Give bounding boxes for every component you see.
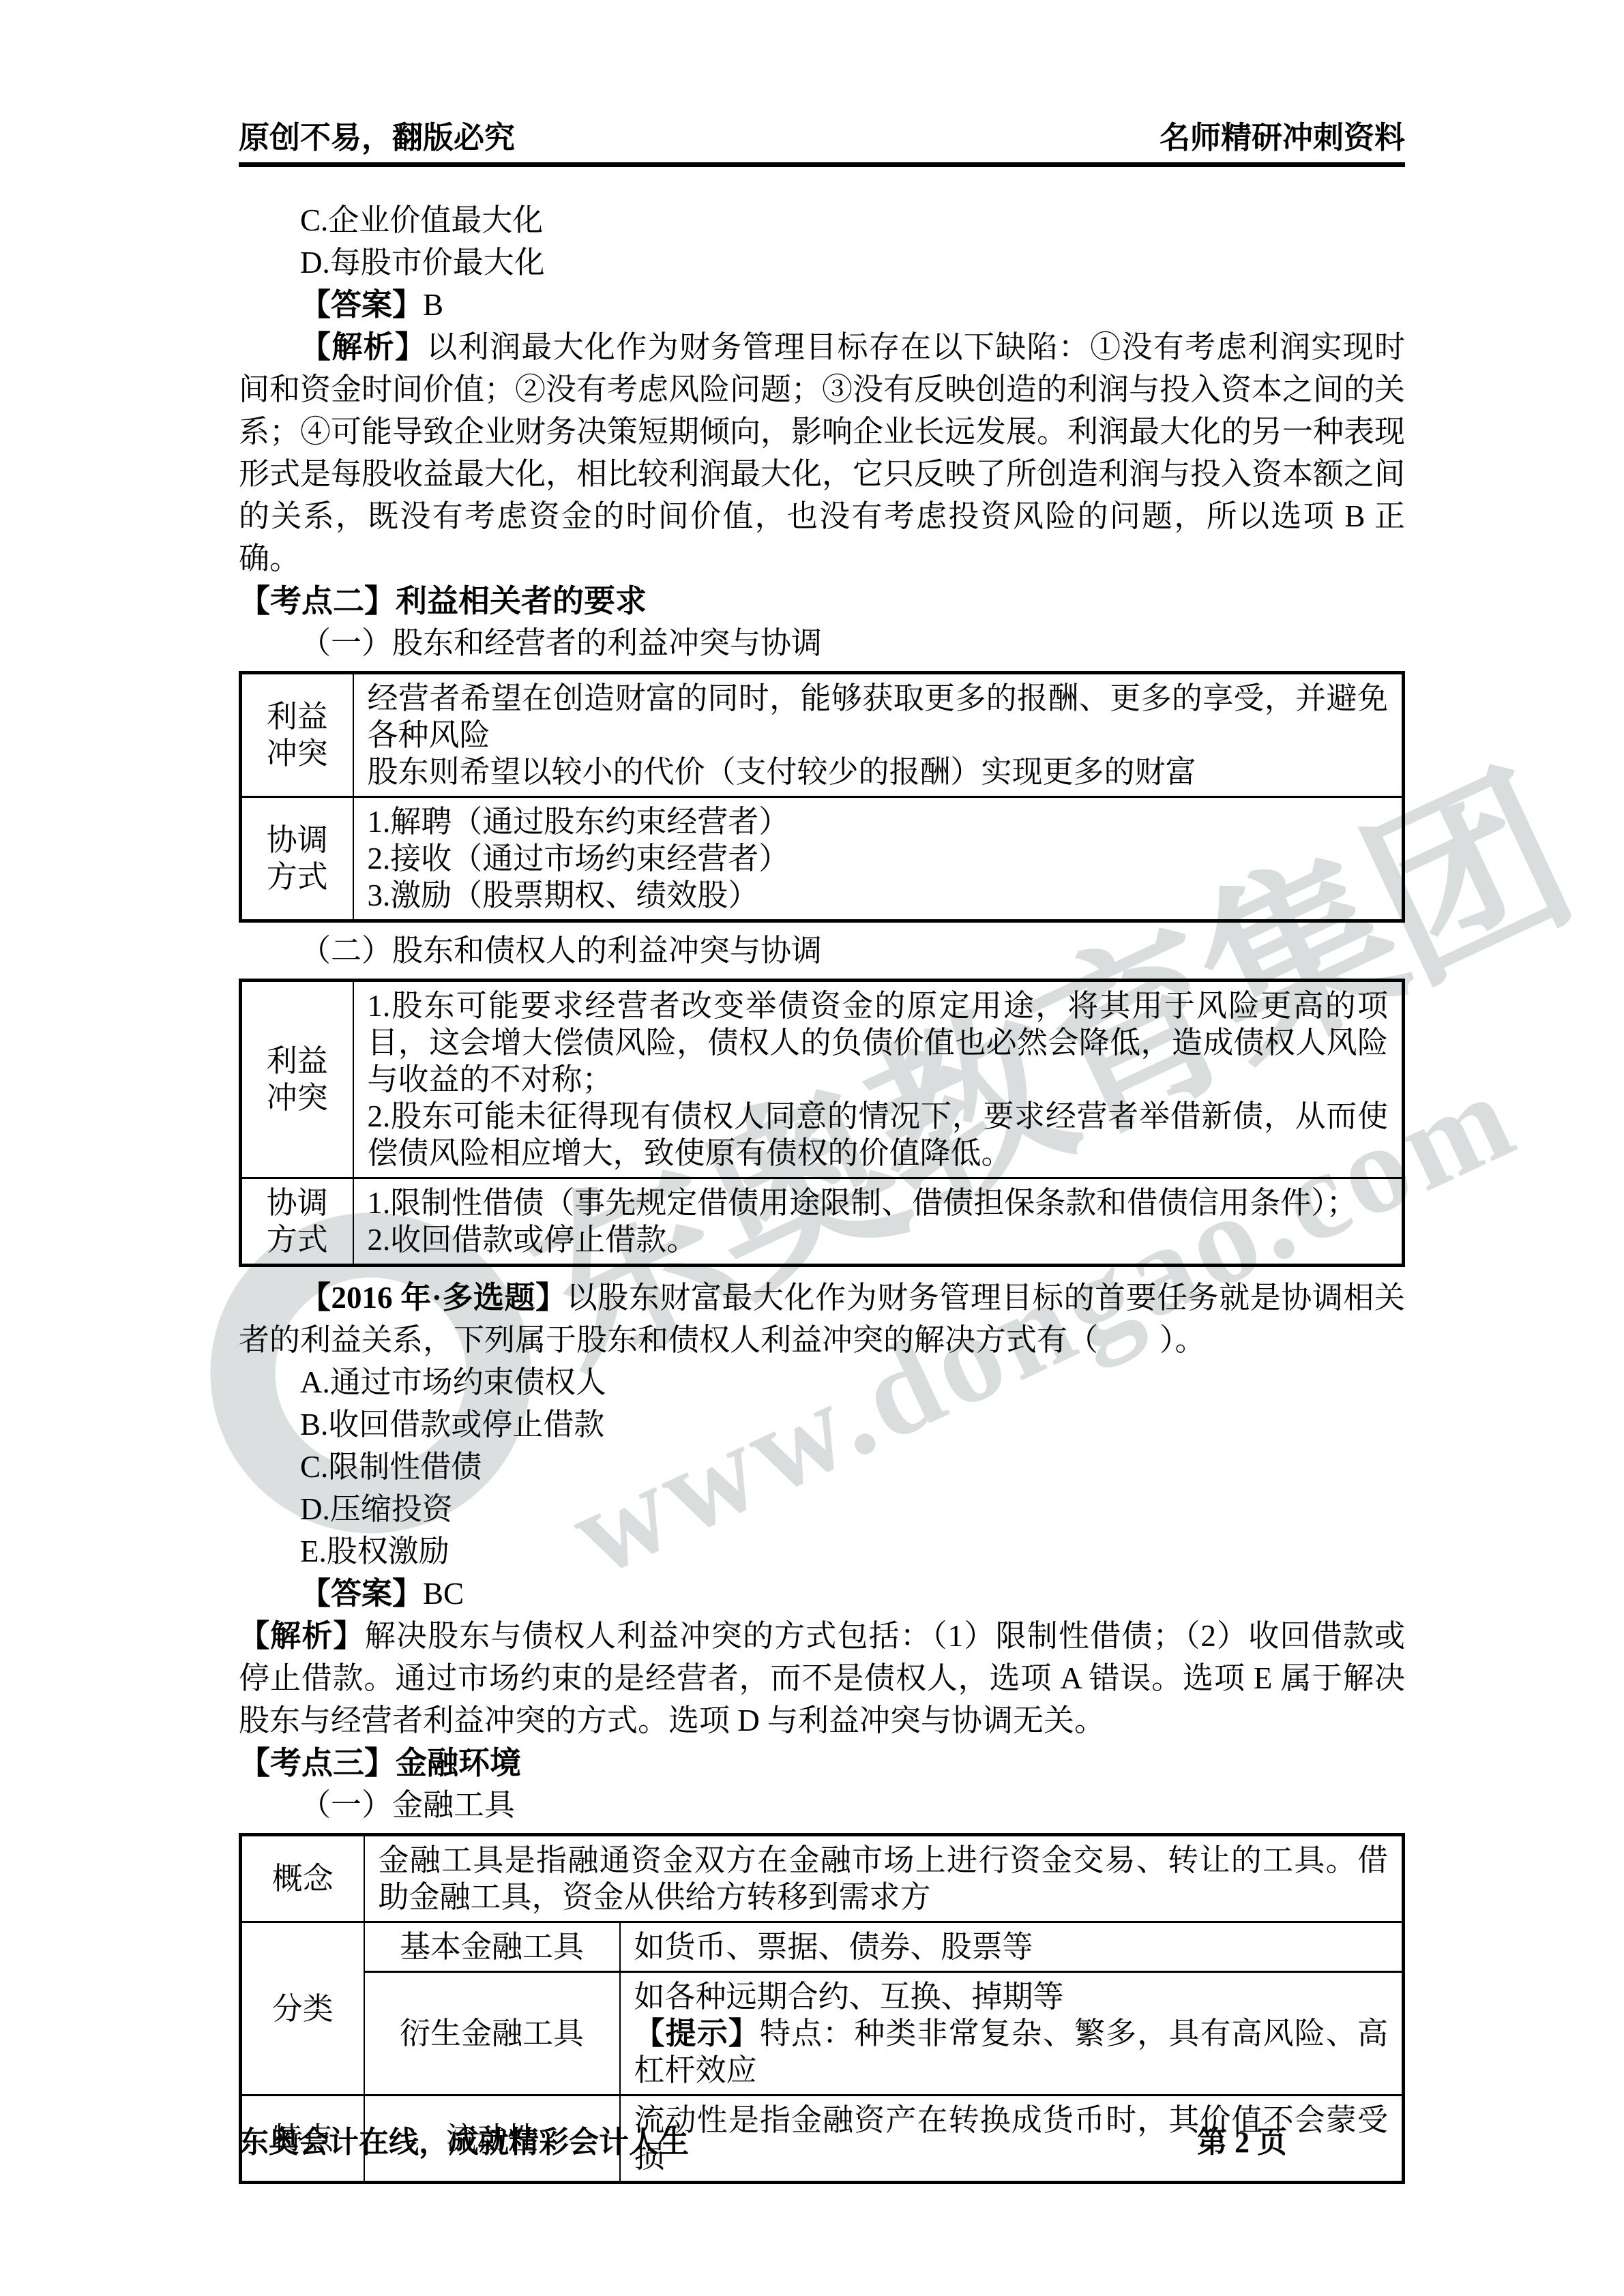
answer-value: BC bbox=[423, 1577, 464, 1611]
row-label-cell: 分类 bbox=[241, 1922, 364, 2096]
topic3-section1-heading: （一）金融工具 bbox=[239, 1784, 1405, 1826]
q1-option-d: D.每股市价最大化 bbox=[239, 241, 1405, 284]
cell-paragraph: 如各种远期合约、互换、掉期等 bbox=[634, 1978, 1389, 2015]
row-label-cell: 概念 bbox=[241, 1835, 364, 1922]
q1-answer-line: 【答案】B bbox=[239, 284, 1405, 326]
cell-paragraph: 3.激励（股票期权、绩效股） bbox=[368, 877, 1389, 914]
cell-paragraph: 1.限制性借债（事先规定借债用途限制、借债担保条款和借债信用条件）； bbox=[368, 1184, 1389, 1221]
cell-paragraph: 经营者希望在创造财富的同时，能够获取更多的报酬、更多的享受，并避免各种风险 bbox=[368, 680, 1389, 754]
row-label-cell: 利益冲突 bbox=[241, 981, 353, 1178]
row-content-cell: 金融工具是指融通资金双方在金融市场上进行资金交易、转让的工具。借助金融工具，资金… bbox=[364, 1835, 1404, 1922]
table-row: 协调方式 1.限制性借债（事先规定借债用途限制、借债担保条款和借债信用条件）； … bbox=[241, 1178, 1404, 1266]
q2-stem: 【2016 年·多选题】以股东财富最大化作为财务管理目标的首要任务就是协调相关者… bbox=[239, 1277, 1405, 1361]
page-number: 第 2 页 bbox=[1197, 2117, 1287, 2161]
cell-paragraph: 金融工具是指融通资金双方在金融市场上进行资金交易、转让的工具。借助金融工具，资金… bbox=[379, 1842, 1389, 1915]
analysis-label: 【解析】 bbox=[300, 330, 426, 364]
topic3-title: 【考点三】金融环境 bbox=[239, 1742, 1405, 1784]
row-content-cell: 经营者希望在创造财富的同时，能够获取更多的报酬、更多的享受，并避免各种风险 股东… bbox=[353, 673, 1404, 797]
answer-value: B bbox=[423, 288, 443, 322]
subcategory-cell: 衍生金融工具 bbox=[364, 1972, 620, 2096]
row-content-cell: 如货币、票据、债券、股票等 bbox=[620, 1922, 1404, 1972]
analysis-text: 以利润最大化作为财务管理目标存在以下缺陷：①没有考虑利润实现时间和资金时间价值；… bbox=[239, 330, 1405, 576]
shareholder-creditor-conflict-table: 利益冲突 1.股东可能要求经营者改变举债资金的原定用途，将其用于风险更高的项目，… bbox=[239, 979, 1405, 1267]
row-content-cell: 1.股东可能要求经营者改变举债资金的原定用途，将其用于风险更高的项目，这会增大偿… bbox=[353, 981, 1404, 1178]
table-row: 概念 金融工具是指融通资金双方在金融市场上进行资金交易、转让的工具。借助金融工具… bbox=[241, 1835, 1404, 1922]
cell-paragraph: 2.收回借款或停止借款。 bbox=[368, 1221, 1389, 1258]
table-row: 分类 基本金融工具 如货币、票据、债券、股票等 bbox=[241, 1922, 1404, 1972]
analysis-text: 解决股东与债权人利益冲突的方式包括：（1）限制性借债；（2）收回借款或停止借款。… bbox=[239, 1619, 1405, 1738]
topic2-title: 【考点二】利益相关者的要求 bbox=[239, 580, 1405, 622]
row-content-cell: 1.限制性借债（事先规定借债用途限制、借债担保条款和借债信用条件）； 2.收回借… bbox=[353, 1178, 1404, 1266]
cell-paragraph: 如货币、票据、债券、股票等 bbox=[634, 1928, 1389, 1965]
cell-paragraph: 【提示】特点：种类非常复杂、繁多，具有高风险、高杠杆效应 bbox=[634, 2015, 1389, 2089]
cell-paragraph: 1.解聘（通过股东约束经营者） bbox=[368, 803, 1389, 840]
cell-paragraph: 2.股东可能未征得现有债权人同意的情况下，要求经营者举借新债，从而使偿债风险相应… bbox=[368, 1098, 1389, 1172]
q2-option-a: A.通过市场约束债权人 bbox=[239, 1361, 1405, 1403]
cell-paragraph: 2.接收（通过市场约束经营者） bbox=[368, 840, 1389, 877]
question-type-label: 【2016 年·多选题】 bbox=[300, 1281, 567, 1315]
q2-option-c: C.限制性借债 bbox=[239, 1446, 1405, 1488]
cell-paragraph: 1.股东可能要求经营者改变举债资金的原定用途，将其用于风险更高的项目，这会增大偿… bbox=[368, 987, 1389, 1098]
row-content-cell: 1.解聘（通过股东约束经营者） 2.接收（通过市场约束经营者） 3.激励（股票期… bbox=[353, 797, 1404, 921]
table-row: 利益冲突 1.股东可能要求经营者改变举债资金的原定用途，将其用于风险更高的项目，… bbox=[241, 981, 1404, 1178]
row-label-cell: 利益冲突 bbox=[241, 673, 353, 797]
shareholder-manager-conflict-table: 利益冲突 经营者希望在创造财富的同时，能够获取更多的报酬、更多的享受，并避免各种… bbox=[239, 671, 1405, 923]
table-row: 利益冲突 经营者希望在创造财富的同时，能够获取更多的报酬、更多的享受，并避免各种… bbox=[241, 673, 1404, 797]
document-page: 东奥教育集团 www.dongao.com 原创不易，翻版必究 名师精研冲刺资料… bbox=[0, 0, 1624, 2296]
footer-left-text: 东奥会计在线，成就精彩会计人生 bbox=[239, 2126, 689, 2159]
answer-label: 【答案】 bbox=[300, 288, 423, 322]
q2-option-d: D.压缩投资 bbox=[239, 1488, 1405, 1530]
page-footer: 东奥会计在线，成就精彩会计人生 第 2 页 bbox=[239, 2117, 1405, 2165]
table-row: 协调方式 1.解聘（通过股东约束经营者） 2.接收（通过市场约束经营者） 3.激… bbox=[241, 797, 1404, 921]
page-header: 原创不易，翻版必究 名师精研冲刺资料 bbox=[239, 0, 1405, 167]
topic2-section2-heading: （二）股东和债权人的利益冲突与协调 bbox=[239, 929, 1405, 972]
cell-paragraph: 股东则希望以较小的代价（支付较少的报酬）实现更多的财富 bbox=[368, 754, 1389, 790]
q2-analysis: 【解析】解决股东与债权人利益冲突的方式包括：（1）限制性借债；（2）收回借款或停… bbox=[239, 1615, 1405, 1742]
q2-answer-line: 【答案】BC bbox=[239, 1572, 1405, 1615]
table-row: 衍生金融工具 如各种远期合约、互换、掉期等 【提示】特点：种类非常复杂、繁多，具… bbox=[241, 1972, 1404, 2096]
q2-option-b: B.收回借款或停止借款 bbox=[239, 1403, 1405, 1446]
row-content-cell: 如各种远期合约、互换、掉期等 【提示】特点：种类非常复杂、繁多，具有高风险、高杠… bbox=[620, 1972, 1404, 2096]
row-label-cell: 协调方式 bbox=[241, 1178, 353, 1266]
subcategory-cell: 基本金融工具 bbox=[364, 1922, 620, 1972]
q1-option-c: C.企业价值最大化 bbox=[239, 199, 1405, 241]
row-label-cell: 协调方式 bbox=[241, 797, 353, 921]
topic2-section1-heading: （一）股东和经营者的利益冲突与协调 bbox=[239, 622, 1405, 664]
hint-label: 【提示】 bbox=[634, 2016, 760, 2051]
document-content: C.企业价值最大化 D.每股市价最大化 【答案】B 【解析】以利润最大化作为财务… bbox=[239, 199, 1405, 2191]
answer-label: 【答案】 bbox=[300, 1577, 423, 1611]
analysis-label: 【解析】 bbox=[239, 1619, 365, 1653]
q1-analysis: 【解析】以利润最大化作为财务管理目标存在以下缺陷：①没有考虑利润实现时间和资金时… bbox=[239, 326, 1405, 580]
q2-option-e: E.股权激励 bbox=[239, 1530, 1405, 1572]
header-right-text: 名师精研冲刺资料 bbox=[1160, 113, 1405, 157]
header-left-text: 原创不易，翻版必究 bbox=[239, 113, 515, 157]
